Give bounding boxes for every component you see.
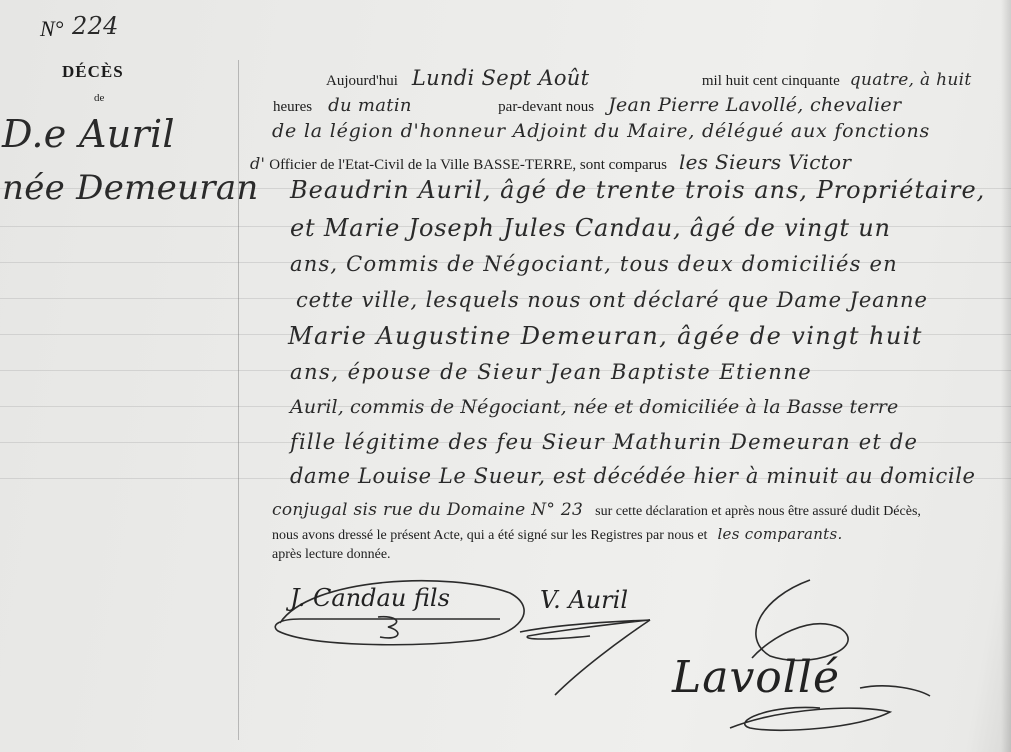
- act-line-16: après lecture donnée.: [272, 547, 391, 563]
- act-line-15: nous avons dressé le présent Acte, qui a…: [272, 525, 843, 544]
- time-handwritten: du matin: [328, 95, 478, 116]
- signature-witness-candau: J. Candau fils: [290, 584, 450, 612]
- record-number: 224: [72, 12, 119, 40]
- record-number-label: N°: [40, 16, 63, 42]
- printed-text: nous avons dressé le présent Acte, qui a…: [272, 528, 707, 543]
- act-line-6: et Marie Joseph Jules Candau, âgé de vin…: [290, 214, 891, 242]
- act-line-14: conjugal sis rue du Domaine N° 23 sur ce…: [272, 500, 921, 520]
- address-handwritten: conjugal sis rue du Domaine N° 23: [272, 500, 583, 520]
- act-line-4: d' Officier de l'Etat-Civil de la Ville …: [250, 150, 851, 174]
- deceased-name: D.e Auril: [2, 112, 175, 156]
- act-line-11: Auril, commis de Négociant, née et domic…: [290, 396, 898, 418]
- printed-text: Aujourd'hui: [326, 73, 398, 89]
- act-line-8: cette ville, lesquels nous ont déclaré q…: [296, 288, 928, 312]
- year-hour-handwritten: quatre, à huit: [850, 70, 972, 90]
- act-line-1: Aujourd'hui Lundi Sept Août mil huit cen…: [326, 66, 971, 90]
- deceased-maiden-name: née Demeuran: [2, 168, 259, 208]
- act-line-2: heures du matin par-devant nous Jean Pie…: [273, 94, 901, 116]
- officer-title-handwritten: de la légion d'honneur Adjoint du Maire,…: [272, 120, 930, 142]
- act-line-5: Beaudrin Auril, âgé de trente trois ans,…: [290, 176, 985, 204]
- act-line-10: ans, épouse de Sieur Jean Baptiste Etien…: [290, 360, 812, 384]
- de-label: de: [94, 92, 104, 104]
- page-edge-shadow: [1001, 0, 1011, 752]
- record-type-title: DÉCÈS: [62, 62, 124, 82]
- witness-intro-handwritten: les Sieurs Victor: [679, 150, 851, 174]
- act-line-13: dame Louise Le Sueur, est décédée hier à…: [290, 464, 976, 488]
- act-line-3: de la légion d'honneur Adjoint du Maire,…: [272, 120, 930, 142]
- city-name: BASSE-TERRE: [473, 157, 572, 173]
- signature-witness-auril: V. Auril: [540, 586, 628, 614]
- printed-text: mil huit cent cinquante: [702, 73, 840, 89]
- printed-text: par-devant nous: [498, 99, 594, 115]
- act-line-9: Marie Augustine Demeuran, âgée de vingt …: [288, 322, 923, 350]
- signers-handwritten: les comparants.: [717, 525, 842, 543]
- signature-officer-lavolle: Lavollé: [672, 652, 840, 703]
- date-handwritten: Lundi Sept Août: [412, 66, 662, 90]
- handwritten-prefix: d': [250, 154, 265, 173]
- act-line-7: ans, Commis de Négociant, tous deux domi…: [290, 252, 898, 276]
- act-line-12: fille légitime des feu Sieur Mathurin De…: [290, 430, 918, 454]
- margin-divider: [238, 60, 239, 740]
- printed-text: heures: [273, 99, 312, 115]
- printed-text: , sont comparus: [572, 157, 667, 173]
- printed-text: Officier de l'Etat-Civil de la Ville: [269, 157, 469, 173]
- officer-name-handwritten: Jean Pierre Lavollé, chevalier: [608, 94, 901, 116]
- printed-text: sur cette déclaration et après nous être…: [595, 504, 921, 519]
